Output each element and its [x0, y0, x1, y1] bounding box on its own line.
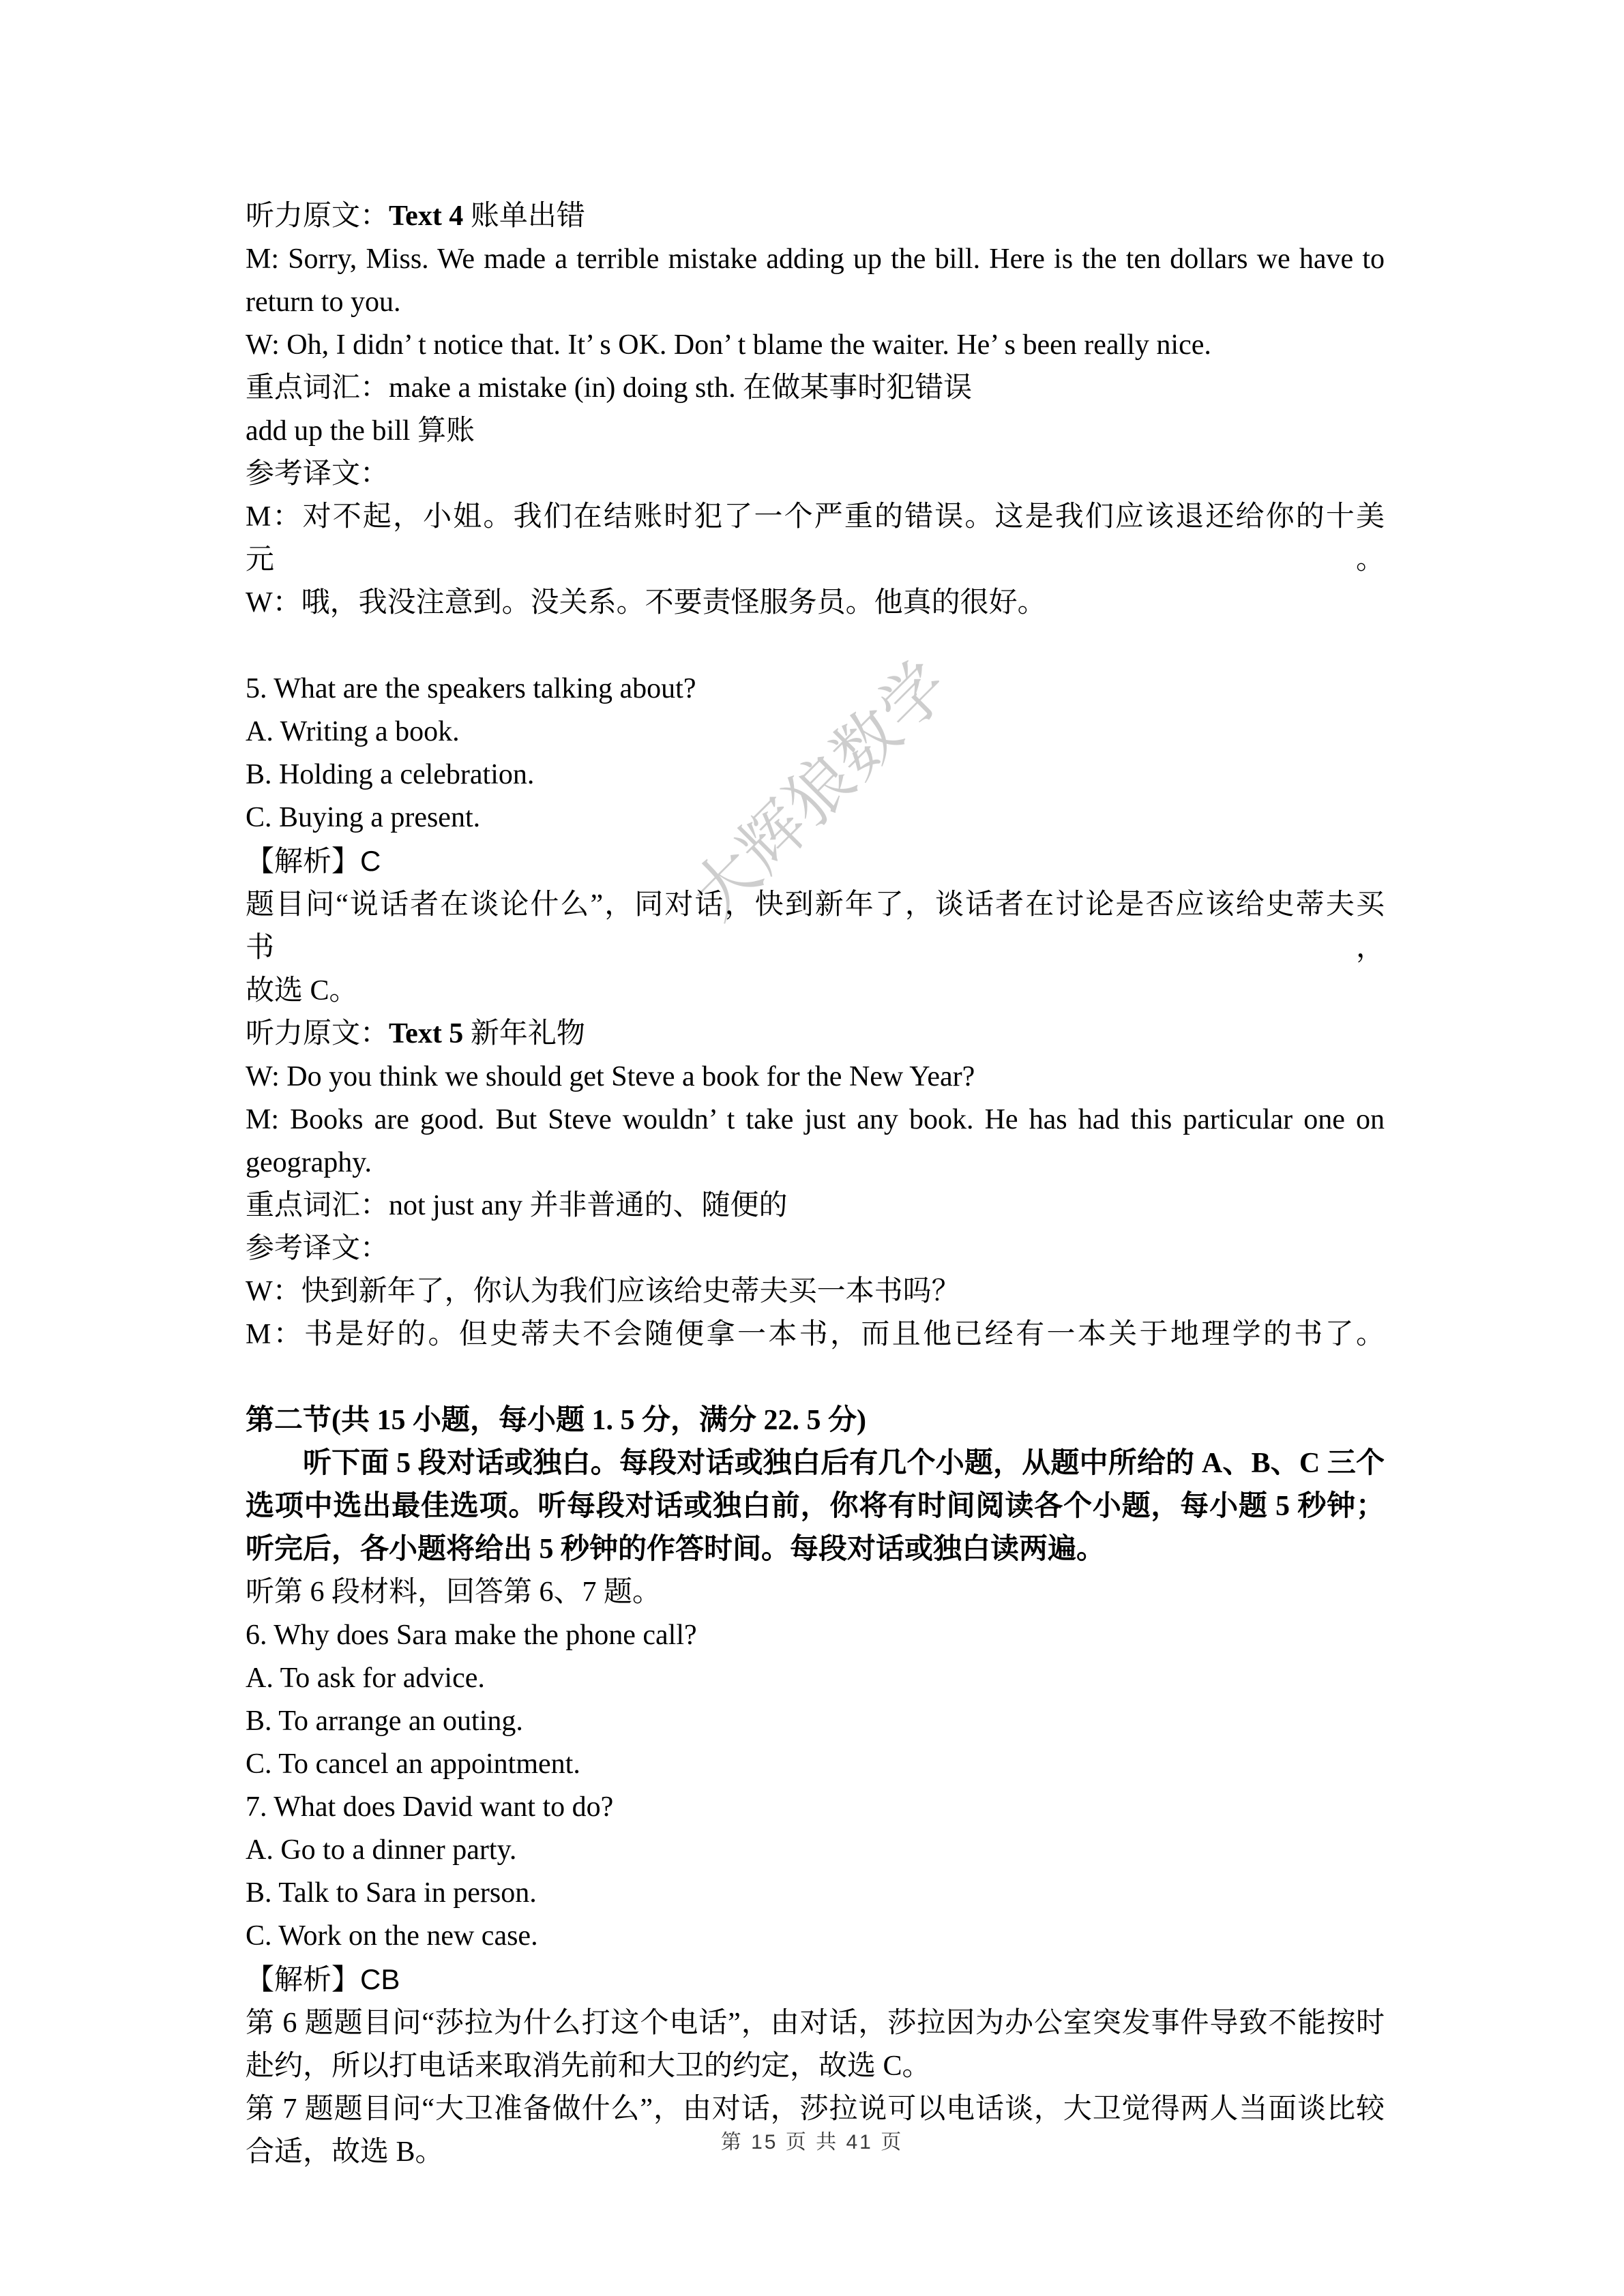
question-6: 6. Why does Sara make the phone call? — [246, 1614, 1385, 1657]
explanation-5-cont: 故选 C。 — [246, 970, 1385, 1013]
text-run: 第 6 题题目问“莎拉为什么打这个电话”，由对话，莎拉因为办公室突发事件导致不能… — [246, 2008, 1385, 2039]
option-6-b: B. To arrange an outing. — [246, 1700, 1385, 1743]
text-run: 第 7 题题目问“大卫准备做什么”，由对话，莎拉说可以电话谈，大卫觉得两人当面谈… — [246, 2093, 1385, 2125]
analysis-6-7: 【解析】CB — [246, 1958, 1385, 2002]
text-run: C. Buying a present. — [246, 802, 480, 833]
explanation-6-cont: 赴约，所以打电话来取消先前和大卫的约定，故选 C。 — [246, 2045, 1385, 2088]
text-run: 故选 C。 — [246, 975, 358, 1007]
label-listening-original: 听力原文： — [246, 200, 389, 232]
dialogue-m-line-2-cont: geography. — [246, 1142, 1385, 1184]
option-5-c: C. Buying a present. — [246, 796, 1385, 839]
text4-topic: 账单出错 — [463, 200, 585, 232]
text-run: B. Talk to Sara in person. — [246, 1877, 537, 1909]
translation-w-text5: W：快到新年了，你认为我们应该给史蒂夫买一本书吗？ — [246, 1270, 1385, 1313]
text-run: W：快到新年了，你认为我们应该给史蒂夫买一本书吗？ — [246, 1276, 960, 1307]
label-reference-translation: 参考译文： — [246, 458, 389, 490]
document-page: 大辉狼数学 听力原文：Text 4 账单出错M: Sorry, Miss. We… — [0, 0, 1624, 2296]
text-run: B. Holding a celebration. — [246, 759, 534, 790]
section-2-heading: 第二节(共 15 小题，每小题 1. 5 分，满分 22. 5 分) — [246, 1399, 1385, 1442]
label-key-vocabulary: 重点词汇： — [246, 1190, 389, 1221]
text4-label: Text 4 — [389, 200, 463, 232]
material-6-prompt: 听第 6 段材料，回答第 6、7 题。 — [246, 1571, 1385, 1614]
blank-line — [246, 625, 1385, 668]
explanation-5: 题目问“说话者在谈论什么”，同对话，快到新年了，谈话者在讨论是否应该给史蒂夫买书… — [246, 884, 1385, 970]
text-run: 题目问“说话者在谈论什么”，同对话，快到新年了，谈话者在讨论是否应该给史蒂夫买书… — [246, 889, 1385, 964]
text-run: M: Books are good. But Steve wouldn’ t t… — [246, 1104, 1385, 1135]
text-run: A. Writing a book. — [246, 716, 460, 747]
dialogue-w-line-1: W: Oh, I didn’ t notice that. It’ s OK. … — [246, 324, 1385, 367]
translation-m-text5: M：书是好的。但史蒂夫不会随便拿一本书，而且他已经有一本关于地理学的书了。 — [246, 1313, 1385, 1356]
text-run: 赴约，所以打电话来取消先前和大卫的约定，故选 C。 — [246, 2051, 931, 2082]
text-run: 7. What does David want to do? — [246, 1791, 613, 1823]
heading-listening-text4: 听力原文：Text 4 账单出错 — [246, 195, 1385, 238]
text-run: C. Work on the new case. — [246, 1920, 538, 1952]
text-run: make a mistake (in) doing sth. 在做某事时犯错误 — [389, 372, 972, 404]
answer-letters: CB — [360, 1963, 400, 1995]
section-2-instructions-3: 听完后，各小题将给出 5 秒钟的作答时间。每段对话或独白读两遍。 — [246, 1528, 1385, 1571]
label-reference-translation: 参考译文： — [246, 1233, 389, 1264]
key-vocabulary-text4: 重点词汇：make a mistake (in) doing sth. 在做某事… — [246, 367, 1385, 410]
section-2-instructions-2: 选项中选出最佳选项。听每段对话或独白前，你将有时间阅读各个小题，每小题 5 秒钟… — [246, 1485, 1385, 1528]
dialogue-w-line-2: W: Do you think we should get Steve a bo… — [246, 1056, 1385, 1099]
answer-letters: C — [360, 845, 381, 877]
label-listening-original: 听力原文： — [246, 1018, 389, 1049]
option-7-b: B. Talk to Sara in person. — [246, 1872, 1385, 1915]
reference-translation-label-text5: 参考译文： — [246, 1227, 1385, 1270]
text-run: M: Sorry, Miss. We made a terrible mista… — [246, 243, 1385, 275]
analysis-5: 【解析】C — [246, 839, 1385, 884]
text-run: return to you. — [246, 286, 400, 318]
document-lines: 听力原文：Text 4 账单出错M: Sorry, Miss. We made … — [246, 195, 1385, 2174]
translation-m-text4: M：对不起，小姐。我们在结账时犯了一个严重的错误。这是我们应该退还给你的十美元。 — [246, 496, 1385, 582]
key-vocabulary-text4-2: add up the bill 算账 — [246, 410, 1385, 453]
text-run: 5. What are the speakers talking about? — [246, 673, 696, 704]
heading-listening-text5: 听力原文：Text 5 新年礼物 — [246, 1013, 1385, 1056]
text5-topic: 新年礼物 — [463, 1018, 585, 1049]
text-run: 听完后，各小题将给出 5 秒钟的作答时间。每段对话或独白读两遍。 — [246, 1534, 1105, 1565]
option-6-c: C. To cancel an appointment. — [246, 1743, 1385, 1786]
section-2-instructions-1: 听下面 5 段对话或独白。每段对话或独白后有几个小题，从题中所给的 A、B、C … — [246, 1442, 1385, 1485]
reference-translation-label-text4: 参考译文： — [246, 453, 1385, 496]
text-run: 第二节(共 15 小题，每小题 1. 5 分，满分 22. 5 分) — [246, 1405, 866, 1436]
text-run: W: Oh, I didn’ t notice that. It’ s OK. … — [246, 329, 1211, 361]
text-run: M：对不起，小姐。我们在结账时犯了一个严重的错误。这是我们应该退还给你的十美元。 — [246, 501, 1385, 576]
text-run: W: Do you think we should get Steve a bo… — [246, 1061, 975, 1092]
blank-line — [246, 1356, 1385, 1399]
option-5-a: A. Writing a book. — [246, 711, 1385, 754]
text-run: 选项中选出最佳选项。听每段对话或独白前，你将有时间阅读各个小题，每小题 5 秒钟… — [246, 1491, 1385, 1522]
text-run: add up the bill 算账 — [246, 415, 475, 447]
footer-page-number: 第 15 页 共 41 页 — [0, 2125, 1624, 2155]
label-analysis: 【解析】 — [246, 1965, 360, 1996]
text-run: B. To arrange an outing. — [246, 1705, 523, 1737]
question-7: 7. What does David want to do? — [246, 1786, 1385, 1829]
label-key-vocabulary: 重点词汇： — [246, 372, 389, 404]
question-5: 5. What are the speakers talking about? — [246, 668, 1385, 711]
text-run: C. To cancel an appointment. — [246, 1748, 580, 1780]
dialogue-m-line-2: M: Books are good. But Steve wouldn’ t t… — [246, 1099, 1385, 1142]
text-run: A. Go to a dinner party. — [246, 1834, 516, 1866]
text-run: geography. — [246, 1147, 372, 1178]
option-5-b: B. Holding a celebration. — [246, 754, 1385, 796]
text-run: 6. Why does Sara make the phone call? — [246, 1620, 697, 1651]
translation-w-text4: W：哦，我没注意到。没关系。不要责怪服务员。他真的很好。 — [246, 582, 1385, 625]
text-run: 听下面 5 段对话或独白。每段对话或独白后有几个小题，从题中所给的 A、B、C … — [303, 1448, 1385, 1479]
text-run: 听第 6 段材料，回答第 6、7 题。 — [246, 1577, 661, 1608]
option-7-c: C. Work on the new case. — [246, 1915, 1385, 1958]
text5-label: Text 5 — [389, 1018, 463, 1049]
text-run: not just any 并非普通的、随便的 — [389, 1190, 788, 1221]
label-analysis: 【解析】 — [246, 846, 360, 878]
option-6-a: A. To ask for advice. — [246, 1657, 1385, 1700]
explanation-6: 第 6 题题目问“莎拉为什么打这个电话”，由对话，莎拉因为办公室突发事件导致不能… — [246, 2002, 1385, 2045]
option-7-a: A. Go to a dinner party. — [246, 1829, 1385, 1872]
key-vocabulary-text5: 重点词汇：not just any 并非普通的、随便的 — [246, 1184, 1385, 1227]
dialogue-m-line-1-cont: return to you. — [246, 281, 1385, 324]
text-run: A. To ask for advice. — [246, 1663, 485, 1694]
dialogue-m-line-1: M: Sorry, Miss. We made a terrible mista… — [246, 238, 1385, 281]
text-run: M：书是好的。但史蒂夫不会随便拿一本书，而且他已经有一本关于地理学的书了。 — [246, 1319, 1385, 1350]
text-run: W：哦，我没注意到。没关系。不要责怪服务员。他真的很好。 — [246, 587, 1046, 618]
